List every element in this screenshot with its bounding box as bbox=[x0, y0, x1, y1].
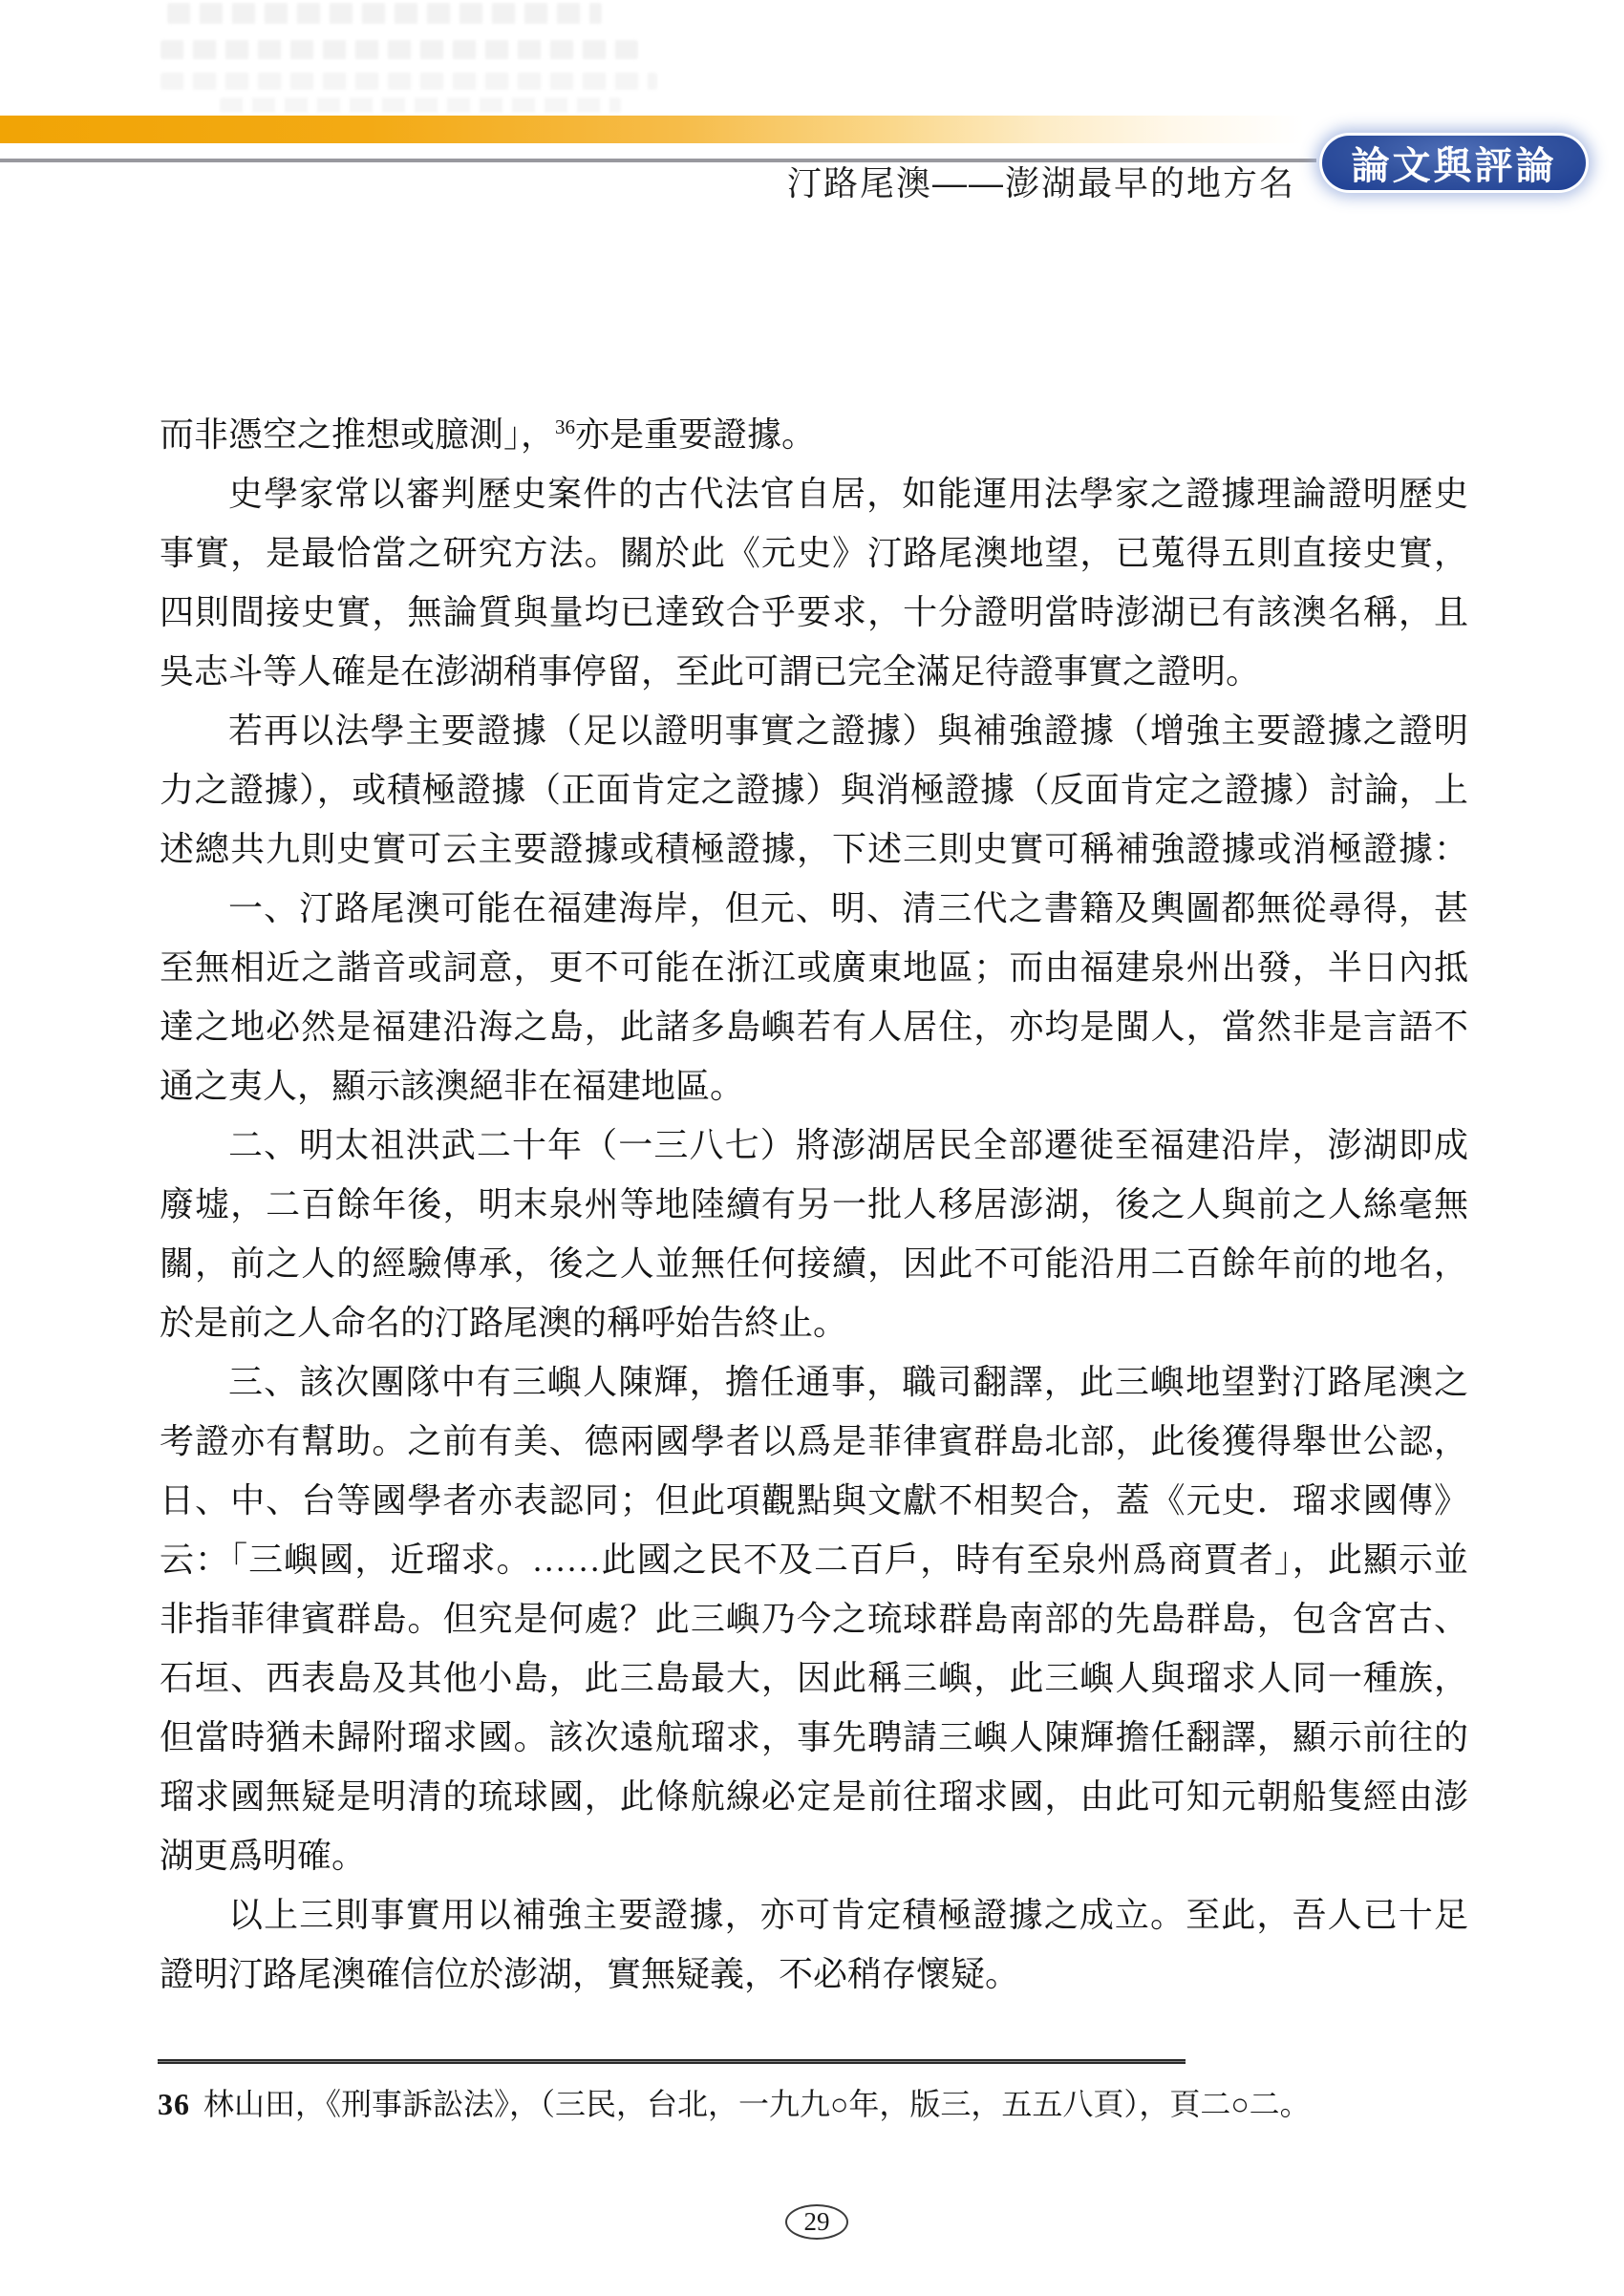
text-line: 於是前之人命名的汀路尾澳的稱呼始告終止。 bbox=[160, 1293, 1468, 1352]
footnote-reference: 36 bbox=[555, 415, 575, 438]
footnote-separator-rule bbox=[158, 2059, 1186, 2064]
text-line: 日、中、台等國學者亦表認同；但此項觀點與文獻不相契合，蓋《元史．瑠求國傳》 bbox=[160, 1471, 1468, 1530]
footnote-text: 林山田，《刑事訴訟法》，（三民，台北，一九九○年，版三，五五八頁），頁二○二。 bbox=[203, 2087, 1311, 2121]
body-text: 而非憑空之推想或臆測」，36亦是重要證據。史學家常以審判歷史案件的古代法官自居，… bbox=[160, 405, 1468, 2004]
text-line: 力之證據），或積極證據（正面肯定之證據）與消極證據（反面肯定之證據）討論，上 bbox=[160, 760, 1468, 819]
text-line: 至無相近之諧音或詞意，更不可能在浙江或廣東地區；而由福建泉州出發，半日內抵 bbox=[160, 938, 1468, 997]
text-line: 達之地必然是福建沿海之島，此諸多島嶼若有人居住，亦均是閩人，當然非是言語不 bbox=[160, 997, 1468, 1056]
section-badge: 論文與評論 bbox=[1322, 136, 1586, 190]
text-line: 二、明太祖洪武二十年（一三八七）將澎湖居民全部遷徙至福建沿岸，澎湖即成 bbox=[160, 1116, 1468, 1175]
text-line: 吳志斗等人確是在澎湖稍事停留，至此可謂已完全滿足待證事實之證明。 bbox=[160, 642, 1468, 701]
text-line: 四則間接史實，無論質與量均已達致合乎要求，十分證明當時澎湖已有該澳名稱，且 bbox=[160, 583, 1468, 642]
page-showthrough-row bbox=[160, 40, 638, 59]
text-line: 述總共九則史實可云主要證據或積極證據，下述三則史實可稱補強證據或消極證據： bbox=[160, 819, 1468, 879]
text-line: 以上三則事實用以補強主要證據，亦可肯定積極證據之成立。至此，吾人已十足 bbox=[160, 1885, 1468, 1945]
footnote: 36林山田，《刑事訴訟法》，（三民，台北，一九九○年，版三，五五八頁），頁二○二… bbox=[158, 2080, 1495, 2128]
text-line: 云：「三嶼國，近瑠求。……此國之民不及二百戶，時有至泉州爲商賈者」，此顯示並 bbox=[160, 1530, 1468, 1589]
text-line: 石垣、西表島及其他小島，此三島最大，因此稱三嶼，此三嶼人與瑠求人同一種族， bbox=[160, 1648, 1468, 1708]
text-line: 考證亦有幫助。之前有美、德兩國學者以爲是菲律賓群島北部，此後獲得舉世公認， bbox=[160, 1412, 1468, 1471]
text-line: 史學家常以審判歷史案件的古代法官自居，如能運用法學家之證據理論證明歷史 bbox=[160, 464, 1468, 523]
text-line: 關，前之人的經驗傳承，後之人並無任何接續，因此不可能沿用二百餘年前的地名， bbox=[160, 1234, 1468, 1293]
text-line: 證明汀路尾澳確信位於澎湖，實無疑義，不必稍存懷疑。 bbox=[160, 1945, 1468, 2004]
text-line: 三、該次團隊中有三嶼人陳輝，擔任通事，職司翻譯，此三嶼地望對汀路尾澳之 bbox=[160, 1352, 1468, 1412]
header-divider-rule bbox=[0, 159, 1316, 162]
footnote-marker: 36 bbox=[158, 2087, 190, 2121]
running-head-article-title: 汀路尾澳——澎湖最早的地方名 bbox=[0, 163, 1295, 203]
text-line: 廢墟，二百餘年後，明末泉州等地陸續有另一批人移居澎湖，後之人與前之人絲毫無 bbox=[160, 1175, 1468, 1234]
text-line: 通之夷人，顯示該澳絕非在福建地區。 bbox=[160, 1056, 1468, 1116]
text-line: 但當時猶未歸附瑠求國。該次遠航瑠求，事先聘請三嶼人陳輝擔任翻譯，顯示前往的 bbox=[160, 1708, 1468, 1767]
text-line: 而非憑空之推想或臆測」，36亦是重要證據。 bbox=[160, 405, 1468, 464]
page-number: 29 bbox=[804, 2207, 830, 2237]
page-showthrough-row bbox=[220, 97, 621, 113]
text-line: 一、汀路尾澳可能在福建海岸，但元、明、清三代之書籍及輿圖都無從尋得，甚 bbox=[160, 879, 1468, 938]
page-number-badge: 29 bbox=[785, 2204, 848, 2240]
page-showthrough-row bbox=[167, 3, 602, 24]
text-line: 湖更爲明確。 bbox=[160, 1826, 1468, 1885]
header-gradient-bar bbox=[0, 116, 1304, 143]
text-line: 若再以法學主要證據（足以證明事實之證據）與補強證據（增強主要證據之證明 bbox=[160, 701, 1468, 760]
text-line: 瑠求國無疑是明清的琉球國，此條航線必定是前往瑠求國，由此可知元朝船隻經由澎 bbox=[160, 1767, 1468, 1826]
page-showthrough-row bbox=[160, 73, 657, 90]
journal-page: { "header": { "title": "汀路尾澳——澎湖最早的地方名",… bbox=[0, 0, 1624, 2296]
text-line: 非指菲律賓群島。但究是何處？此三嶼乃今之琉球群島南部的先島群島，包含宮古、 bbox=[160, 1589, 1468, 1648]
text-line: 事實，是最恰當之研究方法。關於此《元史》汀路尾澳地望，已蒐得五則直接史實， bbox=[160, 523, 1468, 583]
